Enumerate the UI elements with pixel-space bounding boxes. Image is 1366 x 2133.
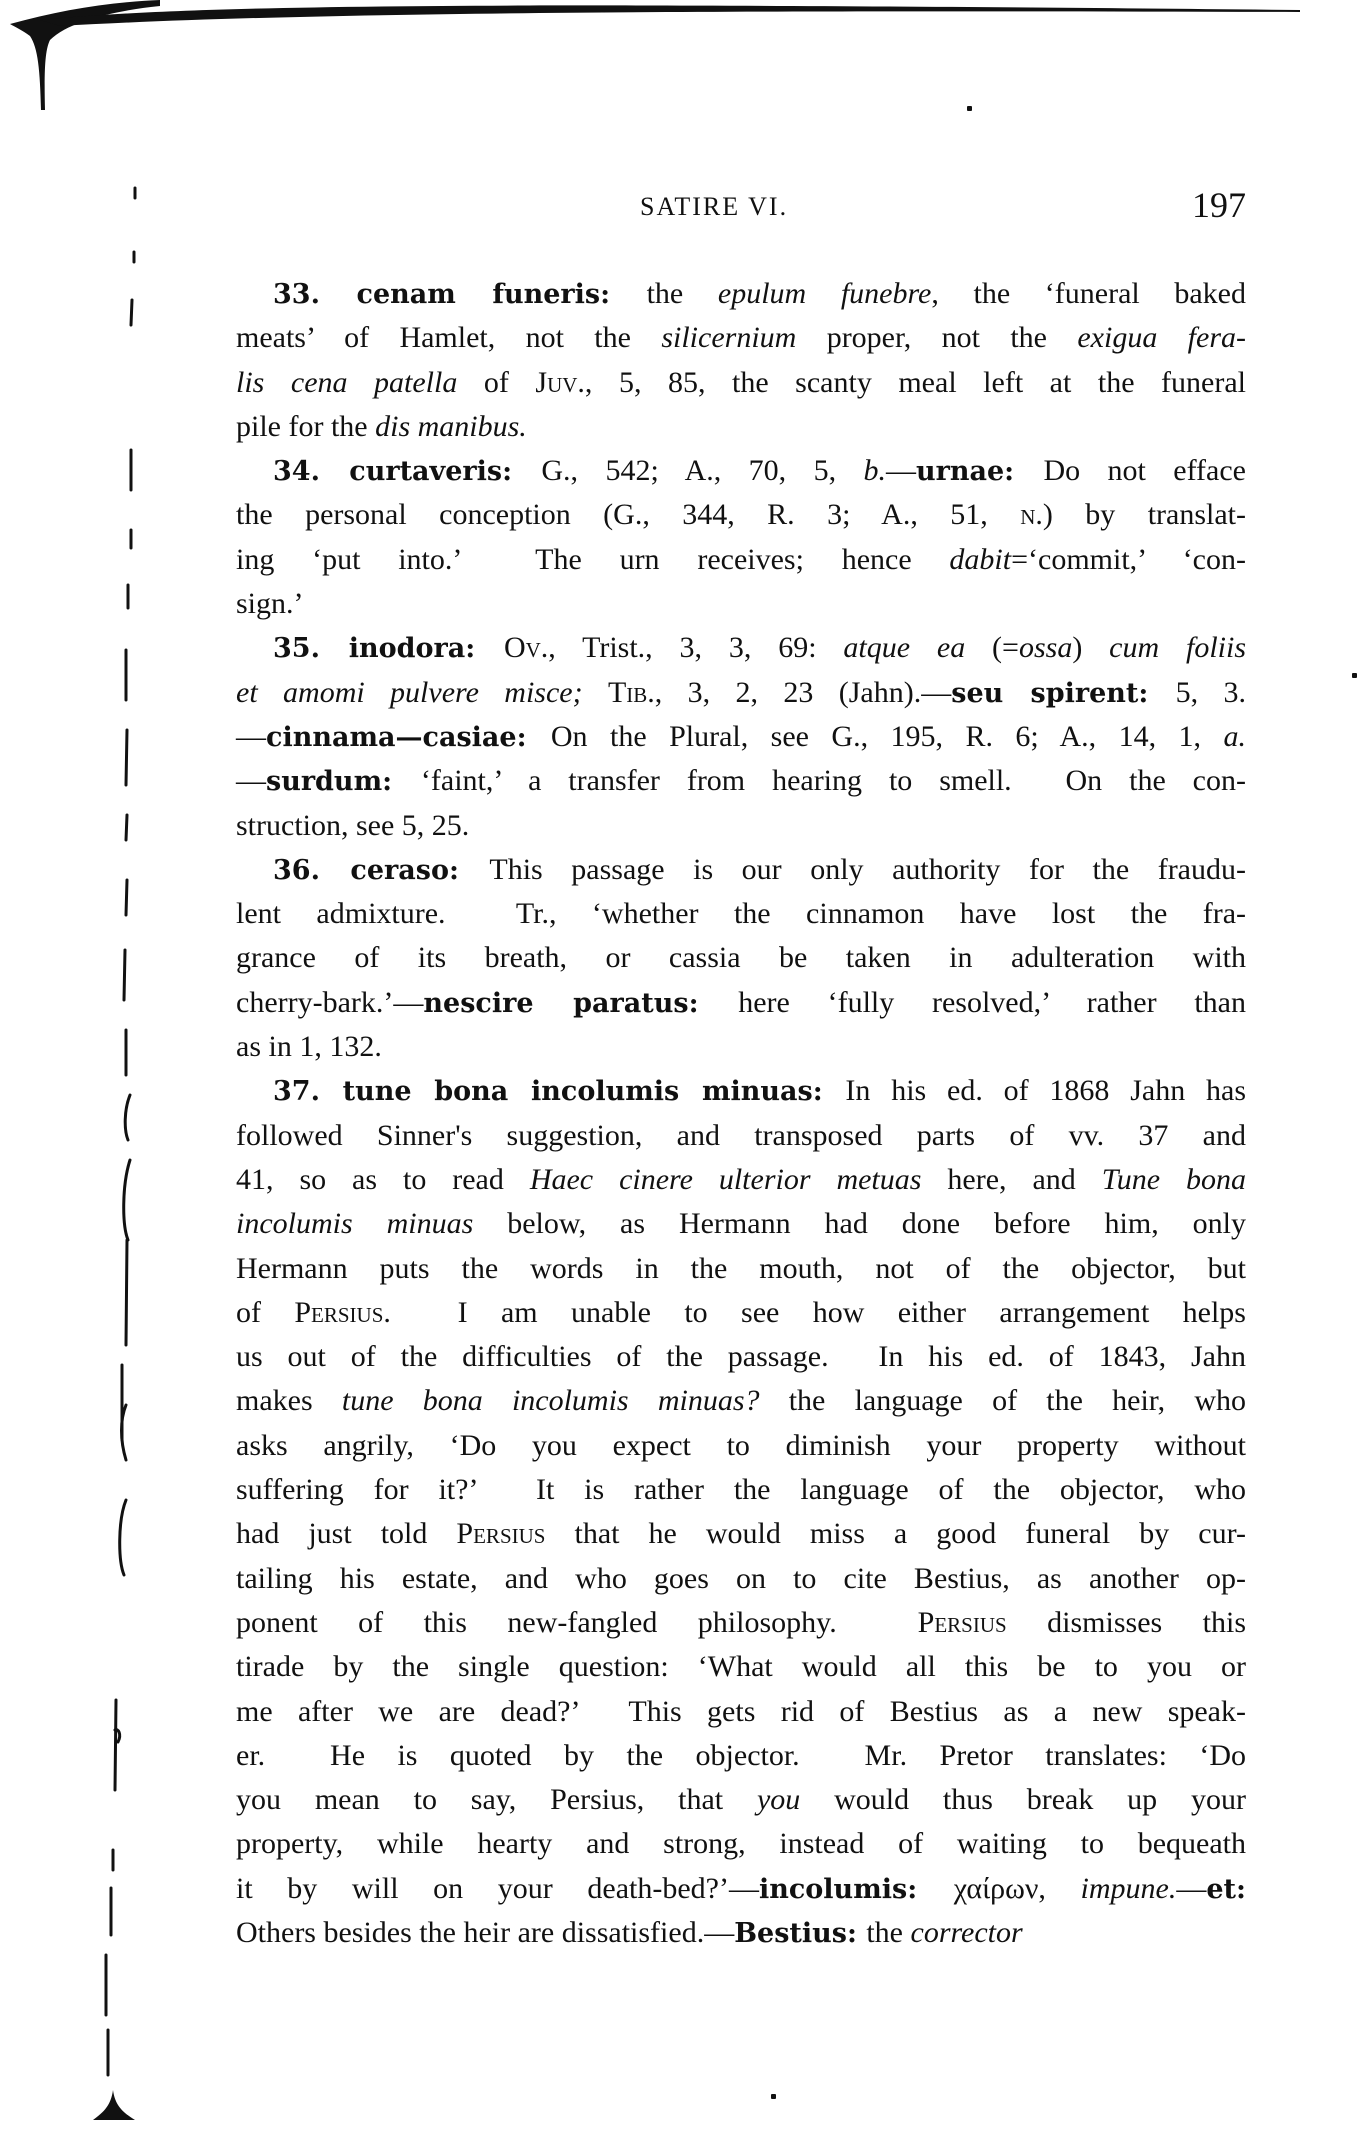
body-text: (= <box>965 631 1019 664</box>
commentary-text: 33. cenam funeris: the epulum funebre, t… <box>236 272 1246 1955</box>
lemma-text: 36. ceraso: <box>273 855 489 886</box>
lemma-text: nescire paratus: <box>423 988 738 1019</box>
note-first-line: 36. ceraso: This passage is our only aut… <box>236 848 1246 892</box>
note-line: as in 1, 132. <box>236 1025 1246 1069</box>
lemma-text: cinnama—casiae: <box>266 722 551 753</box>
body-text: In his ed. of 1868 Jahn has <box>845 1074 1246 1107</box>
body-text: , 3, 2, 23 (Jahn).— <box>655 676 951 709</box>
body-text: lent admixture. Tr., ‘whether the cinnam… <box>236 897 1246 930</box>
note-entry: 37. tune bona incolumis minuas: In his e… <box>236 1069 1246 1955</box>
body-text: — <box>236 720 266 753</box>
body-text: suffering for it?’ It is rather the lang… <box>236 1473 1246 1506</box>
body-text: ponent of this new-fangled philosophy. <box>236 1606 918 1639</box>
italic-text: cum foliis <box>1109 631 1246 664</box>
body-text: that he would miss a good funeral by cur… <box>545 1517 1246 1550</box>
note-entry: 36. ceraso: This passage is our only aut… <box>236 848 1246 1069</box>
body-text: ) by translat- <box>1043 498 1246 531</box>
lemma-text: et: <box>1206 1874 1246 1905</box>
note-line: pile for the dis manibus. <box>236 405 1246 449</box>
running-header: SATIRE VI. 197 <box>236 192 1246 232</box>
body-text: Others besides the heir are dissatisfied… <box>236 1916 734 1949</box>
note-line: 41, so as to read Haec cinere ulterior m… <box>236 1158 1246 1202</box>
body-text: ) <box>1072 631 1109 664</box>
body-text: below, as Hermann had done before him, o… <box>473 1207 1246 1240</box>
body-text: had just told <box>236 1517 456 1550</box>
note-line: us out of the difficulties of the passag… <box>236 1335 1246 1379</box>
body-text: the <box>866 1916 910 1949</box>
body-text: ‘faint,’ a transfer from hearing to smel… <box>421 764 1246 797</box>
gutter-marks-decoration <box>0 0 230 2133</box>
small-caps-text: Persius <box>294 1296 383 1329</box>
note-line: incolumis minuas below, as Hermann had d… <box>236 1202 1246 1246</box>
italic-text: exigua fera- <box>1077 321 1246 354</box>
body-text: would thus break up your <box>800 1783 1246 1816</box>
note-first-line: 33. cenam funeris: the epulum funebre, t… <box>236 272 1246 316</box>
body-text: struction, see 5, 25. <box>236 809 469 842</box>
note-line: asks angrily, ‘Do you expect to diminish… <box>236 1424 1246 1468</box>
italic-text: silicernium <box>661 321 796 354</box>
note-line: grance of its breath, or cassia be taken… <box>236 936 1246 980</box>
body-text: tirade by the single question: ‘What wou… <box>236 1650 1246 1683</box>
italic-text: et amomi pulvere misce; <box>236 676 583 709</box>
speck <box>1352 673 1357 678</box>
note-line: property, while hearty and strong, inste… <box>236 1822 1246 1866</box>
italic-text: incolumis minuas <box>236 1207 473 1240</box>
note-line: the personal conception (G., 344, R. 3; … <box>236 493 1246 537</box>
note-line: meats’ of Hamlet, not the silicernium pr… <box>236 316 1246 360</box>
lemma-text: seu spirent: <box>951 678 1175 709</box>
body-text: Hermann puts the words in the mouth, not… <box>236 1252 1246 1285</box>
body-text: the language of the heir, who <box>760 1384 1246 1417</box>
body-text: of <box>236 1296 294 1329</box>
lemma-text: surdum: <box>266 766 421 797</box>
italic-text: lis cena patella <box>236 366 457 399</box>
lemma-text: urnae: <box>916 456 1043 487</box>
note-line: Others besides the heir are dissatisfied… <box>236 1911 1246 1955</box>
body-text: — <box>886 454 916 487</box>
body-text: — <box>236 764 266 797</box>
body-text: , 5, 85, the scanty meal left at the fun… <box>585 366 1246 399</box>
body-text: tailing his estate, and who goes on to c… <box>236 1562 1246 1595</box>
note-entry: 35. inodora: Ov., Trist., 3, 3, 69: atqu… <box>236 626 1246 847</box>
body-text: it by will on your death-bed?’— <box>236 1872 759 1905</box>
body-text: as in 1, 132. <box>236 1030 382 1063</box>
italic-text: you <box>757 1783 800 1816</box>
note-line: er. He is quoted by the objector. Mr. Pr… <box>236 1734 1246 1778</box>
note-line: cherry-bark.’—nescire paratus: here ‘ful… <box>236 981 1246 1025</box>
small-caps-text: Persius <box>918 1606 1007 1639</box>
body-text: proper, not the <box>796 321 1077 354</box>
italic-text: epulum funebre <box>718 277 931 310</box>
body-text: property, while hearty and strong, inste… <box>236 1827 1246 1860</box>
lemma-text: 33. cenam funeris: <box>273 279 647 310</box>
body-text: sign.’ <box>236 587 304 620</box>
note-line: —surdum: ‘faint,’ a transfer from hearin… <box>236 759 1246 803</box>
note-line: me after we are dead?’ This gets rid of … <box>236 1690 1246 1734</box>
lemma-text: 34. curtaveris: <box>273 456 541 487</box>
body-text: of <box>457 366 535 399</box>
page-number: 197 <box>1192 184 1246 226</box>
note-line: lis cena patella of Juv., 5, 85, the sca… <box>236 361 1246 405</box>
body-text: , the ‘funeral baked <box>931 277 1246 310</box>
italic-text: ossa <box>1019 631 1072 664</box>
italic-text: a. <box>1224 720 1247 753</box>
note-line: it by will on your death-bed?’—incolumis… <box>236 1867 1246 1911</box>
small-caps-text: Ov. <box>504 631 548 664</box>
body-text: 5, 3. <box>1176 676 1246 709</box>
note-first-line: 34. curtaveris: G., 542; A., 70, 5, b.—u… <box>236 449 1246 493</box>
body-text: here, and <box>921 1163 1101 1196</box>
lemma-text: incolumis: <box>759 1874 954 1905</box>
italic-text: dabit <box>949 543 1011 576</box>
italic-text: tune bona incolumis minuas? <box>342 1384 760 1417</box>
note-line: ing ‘put into.’ The urn receives; hence … <box>236 538 1246 582</box>
note-line: —cinnama—casiae: On the Plural, see G., … <box>236 715 1246 759</box>
body-text: — <box>1176 1872 1206 1905</box>
italic-text: atque ea <box>843 631 965 664</box>
speck <box>771 2094 776 2099</box>
body-text: . I am unable to see how either arrangem… <box>383 1296 1246 1329</box>
note-line: struction, see 5, 25. <box>236 804 1246 848</box>
note-entry: 33. cenam funeris: the epulum funebre, t… <box>236 272 1246 449</box>
body-text: here ‘fully resolved,’ rather than <box>738 986 1246 1019</box>
body-text: grance of its breath, or cassia be taken… <box>236 941 1246 974</box>
lemma-text: 37. tune bona incolumis minuas: <box>273 1076 845 1107</box>
italic-text: impune. <box>1081 1872 1177 1905</box>
body-text: , Trist., 3, 3, 69: <box>548 631 843 664</box>
italic-text: Tune bona <box>1102 1163 1246 1196</box>
note-line: et amomi pulvere misce; Tib., 3, 2, 23 (… <box>236 671 1246 715</box>
italic-text: Haec cinere ulterior metuas <box>530 1163 922 1196</box>
note-line: had just told Persius that he would miss… <box>236 1512 1246 1556</box>
note-line: makes tune bona incolumis minuas? the la… <box>236 1379 1246 1423</box>
note-line: you mean to say, Persius, that you would… <box>236 1778 1246 1822</box>
note-entry: 34. curtaveris: G., 542; A., 70, 5, b.—u… <box>236 449 1246 626</box>
note-line: ponent of this new-fangled philosophy. P… <box>236 1601 1246 1645</box>
note-line: Hermann puts the words in the mouth, not… <box>236 1247 1246 1291</box>
italic-text: dis manibus. <box>375 410 527 443</box>
note-line: followed Sinner's suggestion, and transp… <box>236 1114 1246 1158</box>
running-title: SATIRE VI. <box>640 192 788 222</box>
body-text: This passage is our only authority for t… <box>489 853 1246 886</box>
body-text: pile for the <box>236 410 375 443</box>
body-text: dismisses this <box>1007 1606 1246 1639</box>
italic-text: corrector <box>911 1916 1023 1949</box>
lemma-text: Bestius: <box>734 1918 866 1949</box>
book-page: SATIRE VI. 197 33. cenam funeris: the ep… <box>0 0 1366 2133</box>
body-text <box>583 676 608 709</box>
note-line: suffering for it?’ It is rather the lang… <box>236 1468 1246 1512</box>
body-text: er. He is quoted by the objector. Mr. Pr… <box>236 1739 1246 1772</box>
body-text: meats’ of Hamlet, not the <box>236 321 661 354</box>
body-text: the <box>647 277 718 310</box>
note-first-line: 37. tune bona incolumis minuas: In his e… <box>236 1069 1246 1113</box>
body-text: followed Sinner's suggestion, and transp… <box>236 1119 1246 1152</box>
body-text: G., 542; A., 70, 5, <box>541 454 863 487</box>
note-line: sign.’ <box>236 582 1246 626</box>
body-text: me after we are dead?’ This gets rid of … <box>236 1695 1246 1728</box>
speck <box>967 106 972 111</box>
note-first-line: 35. inodora: Ov., Trist., 3, 3, 69: atqu… <box>236 626 1246 670</box>
body-text: ing ‘put into.’ The urn receives; hence <box>236 543 949 576</box>
body-text: us out of the difficulties of the passag… <box>236 1340 1246 1373</box>
body-text: χαίρων, <box>954 1872 1081 1905</box>
body-text: On the Plural, see G., 195, R. 6; A., 14… <box>551 720 1224 753</box>
small-caps-text: Tib. <box>608 676 655 709</box>
body-text: =‘commit,’ ‘con- <box>1011 543 1246 576</box>
body-text: cherry-bark.’— <box>236 986 423 1019</box>
body-text: Do not efface <box>1043 454 1246 487</box>
lemma-text: 35. inodora: <box>273 633 504 664</box>
body-text: asks angrily, ‘Do you expect to diminish… <box>236 1429 1246 1462</box>
body-text: makes <box>236 1384 342 1417</box>
italic-text: b. <box>864 454 887 487</box>
body-text: you mean to say, Persius, that <box>236 1783 757 1816</box>
body-text: the personal conception (G., 344, R. 3; … <box>236 498 1020 531</box>
small-caps-text: Persius <box>456 1517 545 1550</box>
note-line: lent admixture. Tr., ‘whether the cinnam… <box>236 892 1246 936</box>
small-caps-text: n. <box>1020 498 1043 531</box>
small-caps-text: Juv. <box>535 366 585 399</box>
note-line: of Persius. I am unable to see how eithe… <box>236 1291 1246 1335</box>
note-line: tailing his estate, and who goes on to c… <box>236 1557 1246 1601</box>
body-text: 41, so as to read <box>236 1163 530 1196</box>
note-line: tirade by the single question: ‘What wou… <box>236 1645 1246 1689</box>
